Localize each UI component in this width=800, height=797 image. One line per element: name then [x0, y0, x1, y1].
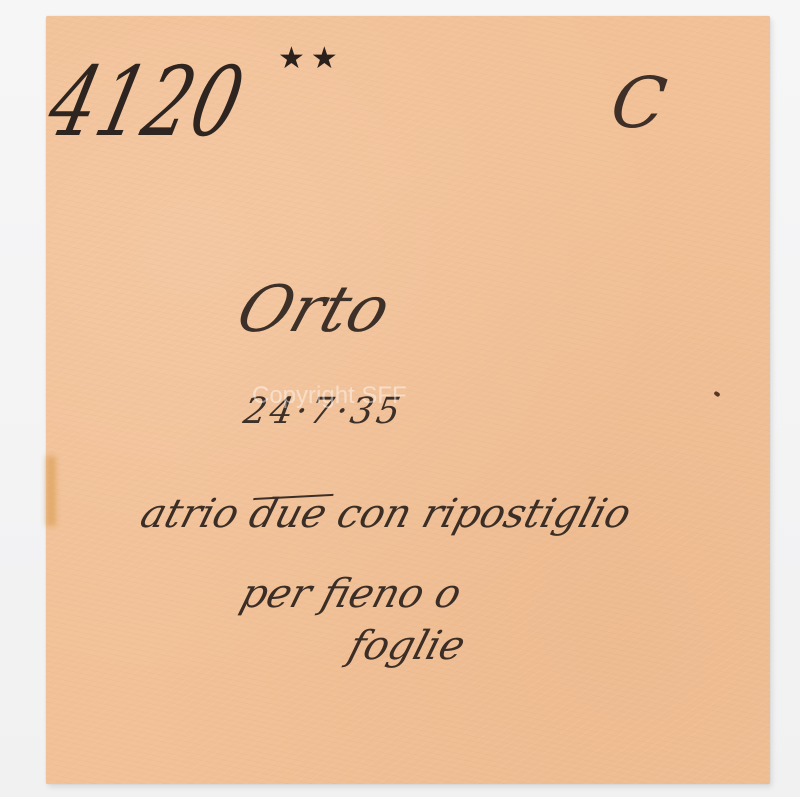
ink-spot — [713, 391, 720, 398]
catalog-star-marks: ★★ — [278, 44, 344, 74]
place-name: Orto — [230, 278, 398, 342]
paper-stain — [46, 456, 56, 526]
catalog-number: 4120 — [40, 54, 253, 150]
copyright-watermark: Copyright SFF — [252, 382, 407, 410]
description-word: con ripostiglio — [332, 491, 636, 537]
star-icon: ★ — [311, 41, 344, 76]
struck-out-word: due — [245, 494, 332, 534]
description-line-2: per fieno o — [236, 574, 466, 614]
description-word: atrio — [135, 491, 244, 537]
photo-stage: 4120 ★★ C Orto 24·7·35 atrio due con rip… — [0, 0, 800, 797]
description-line-1: atrio due con ripostiglio — [136, 494, 635, 534]
star-icon: ★ — [278, 41, 311, 76]
section-letter: C — [607, 68, 670, 138]
description-line-3: foglie — [344, 626, 469, 666]
catalog-card: 4120 ★★ C Orto 24·7·35 atrio due con rip… — [46, 16, 770, 784]
